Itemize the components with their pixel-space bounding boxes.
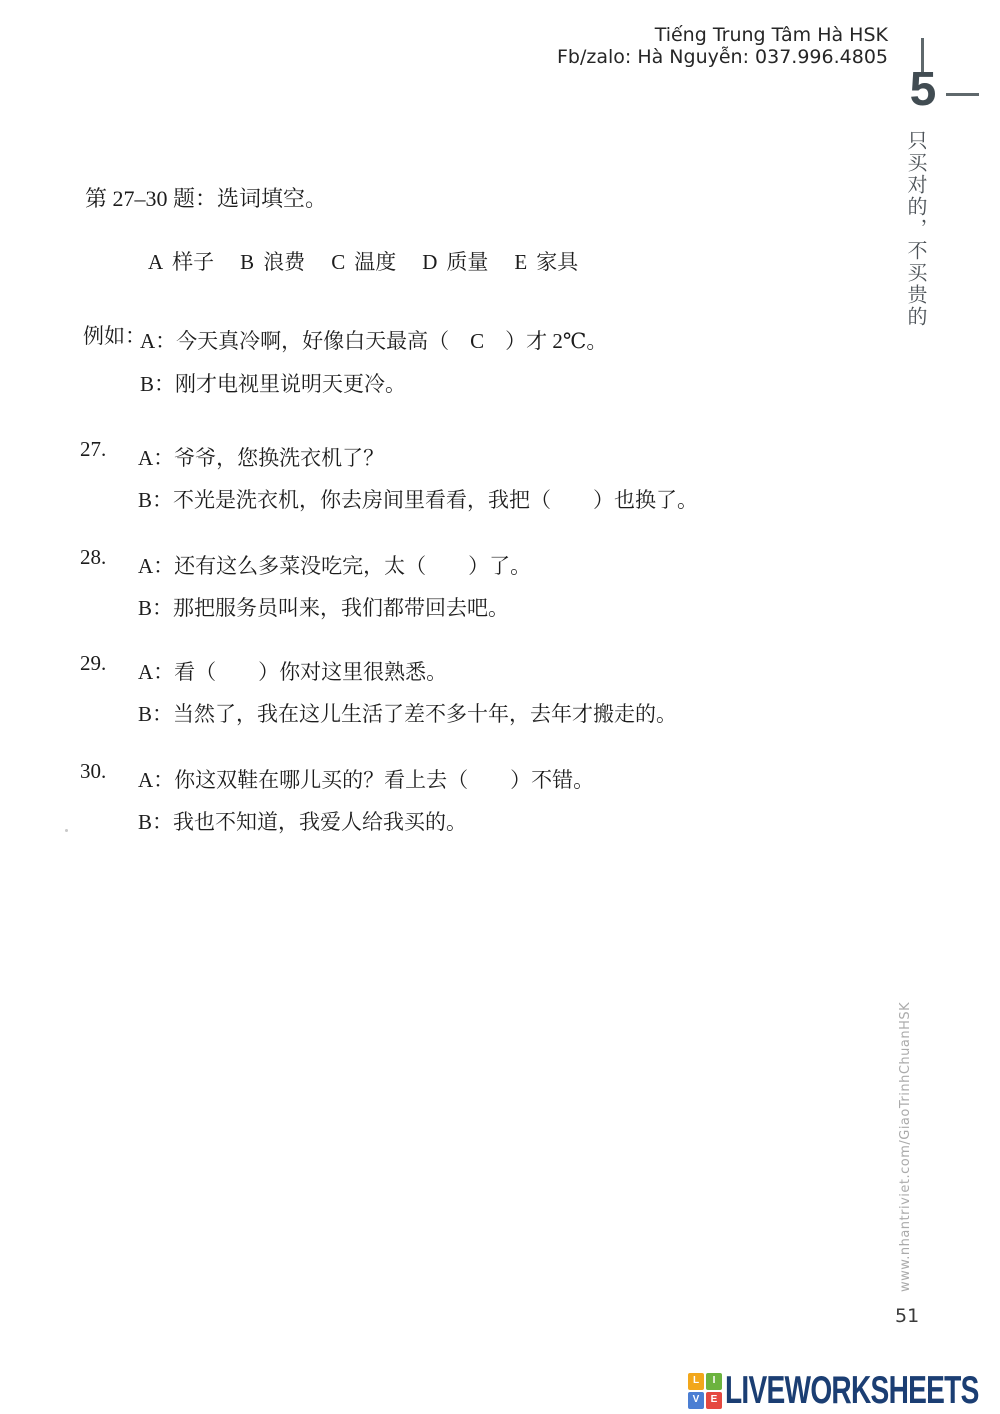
option-word: 质量 (446, 250, 488, 274)
logo-cell-e: E (706, 1392, 722, 1409)
question-line-b: B：我也不知道，我爱人给我买的。 (138, 801, 1000, 843)
option-letter: D (422, 250, 437, 274)
word-bank-option-d: D质量 (422, 246, 488, 276)
question-line-a: A：看（ ）你对这里很熟悉。 (138, 651, 1000, 693)
word-bank-option-a: A样子 (148, 246, 214, 276)
logo-cell-l: L (688, 1373, 704, 1390)
logo-cell-i: I (706, 1373, 722, 1390)
example-block: 例如： A：今天真冷啊，好像白天最高（ C ）才 2℃。 B：刚才电视里说明天更… (0, 320, 1000, 406)
question-27: 27. A：爷爷，您换洗衣机了？ B：不光是洗衣机，你去房间里看看，我把（ ）也… (0, 437, 1000, 521)
page-number: 51 (895, 1305, 919, 1327)
option-letter: E (514, 250, 527, 274)
word-bank: A样子 B浪费 C温度 D质量 E家具 (148, 246, 578, 276)
question-number: 28. (80, 545, 106, 570)
question-lines: A：爷爷，您换洗衣机了？ B：不光是洗衣机，你去房间里看看，我把（ ）也换了。 (138, 437, 1000, 521)
question-lines: A：你这双鞋在哪儿买的？看上去（ ）不错。 B：我也不知道，我爱人给我买的。 (138, 759, 1000, 843)
option-word: 温度 (354, 250, 396, 274)
header: Tiếng Trung Tâm Hà HSK Fb/zalo: Hà Nguyễ… (557, 24, 888, 68)
chapter-number: 5 (899, 66, 945, 114)
option-letter: C (331, 250, 345, 274)
question-line-a: A：还有这么多菜没吃完，太（ ）了。 (138, 545, 1000, 587)
publisher-watermark: www.nhantriviet.com/GiaoTrinhChuanHSK (898, 1000, 922, 1292)
option-word: 家具 (536, 250, 578, 274)
question-line-b: B：不光是洗衣机，你去房间里看看，我把（ ）也换了。 (138, 479, 1000, 521)
option-word: 浪费 (263, 250, 305, 274)
example-lines: A：今天真冷啊，好像白天最高（ C ）才 2℃。 B：刚才电视里说明天更冷。 (140, 320, 1000, 406)
question-number: 30. (80, 759, 106, 784)
liveworksheets-wordmark: LIVEWORKSHEETS (725, 1371, 979, 1410)
scan-artifact-dot (65, 829, 68, 832)
exercise-title: 第 27–30 题：选词填空。 (85, 182, 327, 213)
liveworksheets-logo[interactable]: L I V E LIVEWORKSHEETS (688, 1371, 1000, 1410)
option-word: 样子 (172, 250, 214, 274)
option-letter: A (148, 250, 163, 274)
worksheet-page: Tiếng Trung Tâm Hà HSK Fb/zalo: Hà Nguyễ… (0, 0, 1000, 1414)
question-line-b: B：当然了，我在这儿生活了差不多十年，去年才搬走的。 (138, 693, 1000, 735)
question-29: 29. A：看（ ）你对这里很熟悉。 B：当然了，我在这儿生活了差不多十年，去年… (0, 651, 1000, 735)
example-label: 例如： (83, 320, 146, 350)
question-line-a: A：你这双鞋在哪儿买的？看上去（ ）不错。 (138, 759, 1000, 801)
question-number: 29. (80, 651, 106, 676)
question-lines: A：还有这么多菜没吃完，太（ ）了。 B：那把服务员叫来，我们都带回去吧。 (138, 545, 1000, 629)
logo-cell-v: V (688, 1392, 704, 1409)
question-lines: A：看（ ）你对这里很熟悉。 B：当然了，我在这儿生活了差不多十年，去年才搬走的… (138, 651, 1000, 735)
question-line-b: B：那把服务员叫来，我们都带回去吧。 (138, 587, 1000, 629)
word-bank-option-e: E家具 (514, 246, 578, 276)
word-bank-option-c: C温度 (331, 246, 396, 276)
example-line-b: B：刚才电视里说明天更冷。 (140, 363, 1000, 406)
question-28: 28. A：还有这么多菜没吃完，太（ ）了。 B：那把服务员叫来，我们都带回去吧… (0, 545, 1000, 629)
header-brand-line: Tiếng Trung Tâm Hà HSK (557, 24, 888, 46)
question-number: 27. (80, 437, 106, 462)
header-contact-line: Fb/zalo: Hà Nguyễn: 037.996.4805 (557, 46, 888, 68)
option-letter: B (240, 250, 254, 274)
liveworksheets-grid-icon: L I V E (688, 1373, 722, 1409)
question-30: 30. A：你这双鞋在哪儿买的？看上去（ ）不错。 B：我也不知道，我爱人给我买… (0, 759, 1000, 843)
chapter-tab-horizontal-rule (946, 93, 979, 96)
chapter-slogan-vertical-text: 只买对的，不买贵的 (901, 130, 930, 340)
word-bank-option-b: B浪费 (240, 246, 305, 276)
example-line-a: A：今天真冷啊，好像白天最高（ C ）才 2℃。 (140, 320, 1000, 363)
question-line-a: A：爷爷，您换洗衣机了？ (138, 437, 1000, 479)
